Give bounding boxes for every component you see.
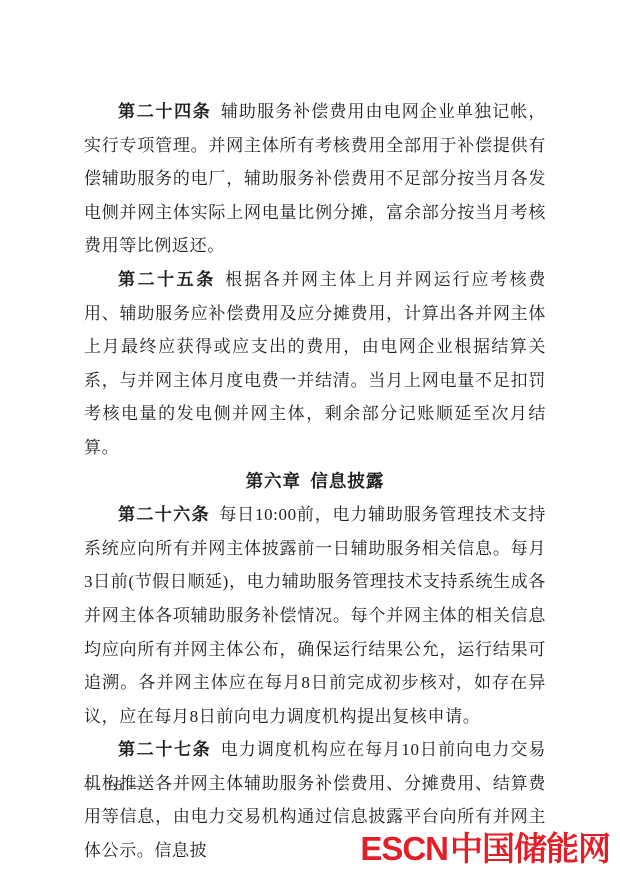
document-page: 第二十四条辅助服务补偿费用由电网企业单独记帐，实行专项管理。并网主体所有考核费用… <box>0 0 620 876</box>
escn-logo-chinese: 中国储能网 <box>450 830 610 867</box>
page-number: — 16 — <box>84 778 146 795</box>
article-26: 第二十六条每日10:00前，电力辅助服务管理技术支持系统应向所有并网主体披露前一… <box>84 498 546 733</box>
article-27-number: 第二十七条 <box>118 740 211 759</box>
article-24: 第二十四条辅助服务补偿费用由电网企业单独记帐，实行专项管理。并网主体所有考核费用… <box>84 95 546 263</box>
escn-logo: ESCN中国储能网 <box>360 830 610 868</box>
document-body: 第二十四条辅助服务补偿费用由电网企业单独记帐，实行专项管理。并网主体所有考核费用… <box>84 95 546 868</box>
escn-logo-latin: ESCN <box>360 830 448 867</box>
article-25: 第二十五条根据各并网主体上月并网运行应考核费用、辅助服务应补偿费用及应分摊费用，… <box>84 263 546 465</box>
article-25-text: 根据各并网主体上月并网运行应考核费用、辅助服务应补偿费用及应分摊费用，计算出各并… <box>84 270 546 457</box>
chapter-heading: 第六章 信息披露 <box>84 465 546 499</box>
article-26-text: 每日10:00前，电力辅助服务管理技术支持系统应向所有并网主体披露前一日辅助服务… <box>84 505 546 726</box>
article-25-number: 第二十五条 <box>118 270 216 289</box>
article-24-text: 辅助服务补偿费用由电网企业单独记帐，实行专项管理。并网主体所有考核费用全部用于补… <box>84 102 546 255</box>
article-24-number: 第二十四条 <box>118 102 211 121</box>
article-26-number: 第二十六条 <box>118 505 210 524</box>
